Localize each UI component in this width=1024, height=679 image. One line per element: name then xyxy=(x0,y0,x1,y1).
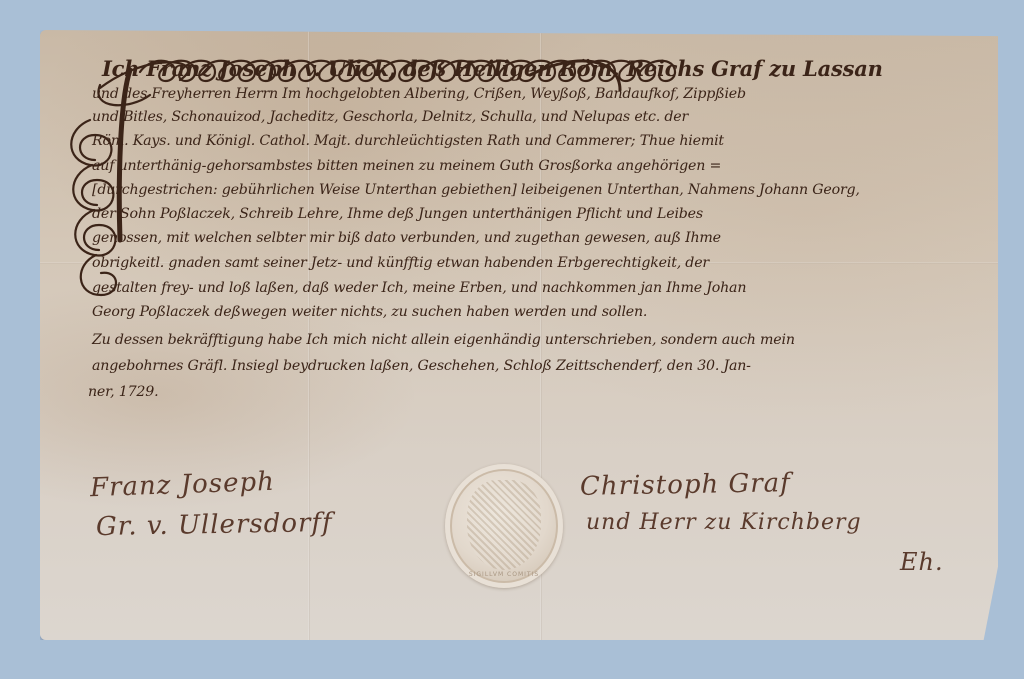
coat-of-arms-icon xyxy=(467,480,541,570)
manuscript-page: Ich Franz Joseph v. Ulick, deß Heiligen … xyxy=(40,30,998,640)
signature-left-line-2: Gr. v. Ullersdorff xyxy=(96,508,333,542)
text-line-3: Röm. Kays. und Königl. Cathol. Majt. dur… xyxy=(92,133,724,149)
text-line-5-struck: [durchgestrichen: gebührlichen Weise Unt… xyxy=(92,182,860,198)
document-title-line: Ich Franz Joseph v. Ulick, deß Heiligen … xyxy=(102,56,883,81)
text-line-9: gestalten frey- und loß laßen, daß weder… xyxy=(92,280,746,296)
text-line-2: und Bitles, Schonauizod, Jacheditz, Gesc… xyxy=(92,109,688,125)
signature-right-line-2: und Herr zu Kirchberg xyxy=(586,510,862,535)
seal-legend: SIGILLVM COMITIS xyxy=(445,571,563,578)
signature-left-line-1: Franz Joseph xyxy=(90,467,276,503)
text-line-10: Georg Poßlaczek deßwegen weiter nichts, … xyxy=(92,304,647,320)
text-line-11: Zu dessen bekräfftigung habe Ich mich ni… xyxy=(92,332,795,348)
text-line-8: obrigkeitl. gnaden samt seiner Jetz- und… xyxy=(92,255,709,271)
text-line-7: genossen, mit welchen selbter mir biß da… xyxy=(92,230,721,246)
text-line-6: der Sohn Poßlaczek, Schreib Lehre, Ihme … xyxy=(92,206,703,222)
signature-right-line-1: Christoph Graf xyxy=(580,468,791,502)
text-line-12: angebohrnes Gräfl. Insiegl beydrucken la… xyxy=(92,358,751,374)
text-line-1: und des Freyherren Herrn Im hochgelobten… xyxy=(92,86,746,102)
text-line-4: auf unterthänig-gehorsambstes bitten mei… xyxy=(92,158,721,174)
date-line: ner, 1729. xyxy=(88,384,158,400)
signature-paraph: Eh. xyxy=(900,548,944,576)
embossed-seal: SIGILLVM COMITIS xyxy=(445,464,563,588)
